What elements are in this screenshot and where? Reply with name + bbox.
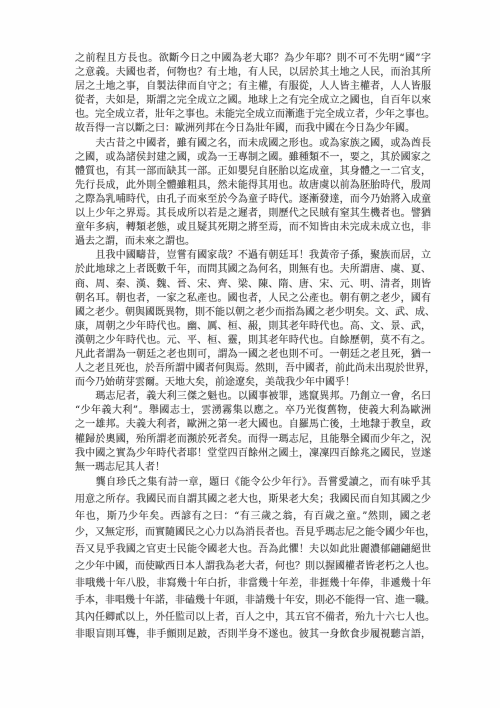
text-line: 於此地球之上者既數千年，而問其國之為何名，則無有也。夫所謂唐、虞、夏、 (75, 263, 431, 277)
text-line: 之一雄邦。夫義大利者，歐洲之第一老大國也。自羅馬亡後，土地隸于教皇，政 (75, 418, 431, 432)
paragraph-3: 且我中國疇昔，豈嘗有國家哉？不過有朝廷耳！我黃帝子孫，聚族而居，立 於此地球之上… (75, 249, 431, 390)
text-line: “少年義大利”。舉國志士，雲湧霧集以應之。卒乃光復舊物，使義大利為歐洲 (75, 404, 431, 418)
text-line: 居之土地之事，自製法律而自守之；有主權，有服從，人人皆主權者，人人皆服 (75, 80, 431, 94)
text-line: 夫古昔之中國者，雖有國之名，而未成國之形也。或為家族之國，或為酋長 (75, 137, 431, 151)
text-line: 手本，非唱幾十年諾，非磕幾十年頭，非請幾十年安，則必不能得一官、進一職。 (75, 593, 431, 610)
text-line: 非眼盲則耳聾，非手顫則足跛，否則半身不遂也。彼其一身飲食步履視聽言語， (75, 627, 431, 644)
text-line: 故吾得一言以斷之曰：歐洲列邦在今日為壯年國，而我中國在今日為少年國。 (75, 122, 431, 136)
paragraph-2: 夫古昔之中國者，雖有國之名，而未成國之形也。或為家族之國，或為酋長 之國，或為諸… (75, 137, 431, 250)
text-line: 童年多病，轉類老態，或且疑其死期之將至焉，而不知皆由未完成未成立也，非 (75, 221, 431, 235)
text-line: 之少年中國，而使歐西日本人謂我為老大者，何也？則以握國權者皆老朽之人也。 (75, 559, 431, 576)
text-line: 吾又見乎我國之官吏士民能令國老大也。吾為此懼！夫以如此壯麗濃郁翩翩絕世 (75, 542, 431, 559)
text-line: 商、周、秦、漢、魏、晉、宋、齊、梁、陳、隋、唐、宋、元、明、清者，則皆 (75, 278, 431, 292)
paragraph-5: 龔自珍氏之集有詩一章，題曰《能令公少年行》。吾嘗愛讀之，而有味乎其 用意之所存。… (75, 475, 431, 644)
text-line: 年也，斯乃少年矣。西諺有之曰：“有三歲之翁，有百歲之童。”然則，國之老 (75, 509, 431, 526)
text-line: 朝名耳。朝也者，一家之私產也。國也者，人民之公產也。朝有朝之老少，國有 (75, 292, 431, 306)
text-line: 體質也，有其一部而缺其一部。正如嬰兒自胚胎以迄成童，其身體之一二官支， (75, 165, 431, 179)
text-line: 權歸於奧國，殆所謂老而瀕於死者矣。而得一瑪志尼，且能舉全國而少年之，況 (75, 433, 431, 447)
text-line: 之意義。夫國也者，何物也？有土地，有人民，以居於其土地之人民，而治其所 (75, 66, 431, 80)
text-line: 我中國之實為少年時代者耶！堂堂四百餘州之國土，凜凜四百餘兆之國民，豈遂 (75, 447, 431, 461)
text-line: 其內任卿貳以上，外任監司以上者，百人之中，其五官不備者，殆九十六七人也。 (75, 610, 431, 627)
text-line: 人之老且死也，於吾所謂中國者何與焉。然則，吾中國者，前此尚未出現於世界， (75, 362, 431, 376)
text-line: 國之老少。朝與國既異物，則不能以朝之老少而指為國之老少明矣。文、武、成、 (75, 306, 431, 320)
text-line: 凡此者謂為一朝廷之老也則可，謂為一國之老也則不可。一朝廷之老且死，猶一 (75, 348, 431, 362)
paragraph-4: 瑪志尼者，義大利三傑之魁也。以國事被罪，逃竄異邦。乃創立一會，名曰 “少年義大利… (75, 390, 431, 475)
text-line: 之際為乳哺時代，由孔子而來至於今為童子時代。逐漸發達，而今乃始將入成童 (75, 193, 431, 207)
text-line: 少，又無定形，而實隨國民之心力以為消長者也。吾見乎瑪志尼之能令國少年也， (75, 525, 431, 542)
text-line: 用意之所存。我國民而自謂其國之老大也，斯果老大矣；我國民而自知其國之少 (75, 492, 431, 509)
text-line: 康，周朝之少年時代也。幽、厲、桓、赧，則其老年時代也。高、文、景、武， (75, 320, 431, 334)
text-line: 從者，夫如是，斯謂之完全成立之國。地球上之有完全成立之國也，自百年以來 (75, 94, 431, 108)
essay-text-column: 之前程且方長也。欲斷今日之中國為老大耶？為少年耶？則不可不先明“國”字 之意義。… (75, 52, 431, 644)
text-line: 之前程且方長也。欲斷今日之中國為老大耶？為少年耶？則不可不先明“國”字 (75, 52, 431, 66)
text-line: 龔自珍氏之集有詩一章，題曰《能令公少年行》。吾嘗愛讀之，而有味乎其 (75, 475, 431, 492)
text-line: 且我中國疇昔，豈嘗有國家哉？不過有朝廷耳！我黃帝子孫，聚族而居，立 (75, 249, 431, 263)
text-line: 而今乃始萌芽雲爾。天地大矣，前途遼矣，美哉我少年中國乎！ (75, 376, 431, 390)
text-line: 以上少年之界焉。其長成所以若是之遲者，則歷代之民賊有窒其生機者也。譬猶 (75, 207, 431, 221)
text-line: 漢朝之少年時代也。元、平、桓、靈，則其老年時代也。自餘歷朝，莫不有之。 (75, 334, 431, 348)
text-line: 也。完全成立者，壯年之事也。未能完全成立而漸進于完全成立者，少年之事也。 (75, 108, 431, 122)
text-line: 過去之謂，而未來之謂也。 (75, 235, 431, 249)
text-line: 之國，或為諸侯封建之國，或為一王專制之國。雖種類不一，要之，其於國家之 (75, 151, 431, 165)
paragraph-1: 之前程且方長也。欲斷今日之中國為老大耶？為少年耶？則不可不先明“國”字 之意義。… (75, 52, 431, 137)
text-line: 無一瑪志尼其人者！ (75, 461, 431, 475)
text-line: 先行長成，此外則全體雖粗具，然未能得其用也。故唐虞以前為胚胎時代，殷周 (75, 179, 431, 193)
text-line: 瑪志尼者，義大利三傑之魁也。以國事被罪，逃竄異邦。乃創立一會，名曰 (75, 390, 431, 404)
text-line: 非哦幾十年八股，非寫幾十年白折，非當幾十年差，非捱幾十年俸，非遞幾十年 (75, 576, 431, 593)
scanned-document-page: 之前程且方長也。欲斷今日之中國為老大耶？為少年耶？則不可不先明“國”字 之意義。… (0, 0, 500, 708)
